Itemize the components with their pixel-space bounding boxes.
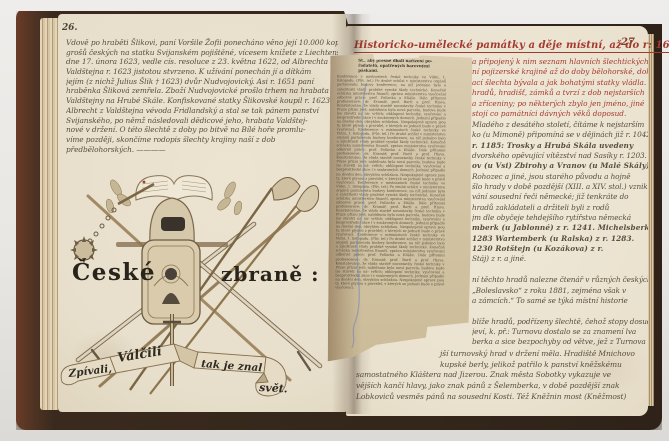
weapons-trophy-drawing: Zpívali, Válčili tak je znal svět. České… (58, 154, 346, 410)
text-line: hradů zakládateli a držiteli byli z rodů (472, 203, 648, 213)
manuscript-paragraph-right: Mladého z desátého století, čítáme k nej… (472, 120, 648, 348)
text-line: grošů českých na statku Svijanském pojiš… (66, 48, 338, 58)
text-line: vání sousední řeči německé; již tenkráte… (472, 192, 648, 202)
text-line: jm dle obyčeje tehdejšího rytířstva něme… (472, 213, 648, 223)
text-line: stojí co památníci dávných věků doposud. (472, 109, 648, 119)
text-line: vějších kančí hlavy, jako znak pánů z Še… (356, 381, 648, 392)
caption-zbrane: zbraně : (221, 262, 319, 286)
text-line (472, 306, 648, 316)
text-line: a zámcích.“ To samé se týká místní histo… (472, 296, 648, 306)
text-line: a připojený k nim seznam hlavních šlecht… (472, 57, 648, 67)
red-intro-paragraph: a připojený k nim seznam hlavních šlecht… (472, 57, 648, 119)
text-line: 1230 Rotštejn (u Kozákova) z r. (472, 244, 648, 254)
text-line: jší turnovský hrad v držení měla. Hradiš… (356, 349, 648, 360)
text-line: hraběnka Šliková zemřela. Zboží Nudvojov… (66, 86, 338, 96)
text-line: ko (u Mimoně) připomíná se v dějinách ji… (472, 130, 648, 140)
caption-ceske: České (72, 259, 156, 286)
text-line: r. 1185: Trosky a Hrubá Skála uvedeny (472, 141, 648, 151)
text-line: jeví, k. př.: Turnovu dostalo se za znam… (472, 327, 648, 337)
text-line: kupské berly, jelikož patřilo k panství … (356, 360, 648, 371)
page-number-right: 27 (621, 37, 635, 48)
text-line: 1283 Wartemberk (u Ralska) z r. 1283. (472, 234, 648, 244)
text-line: víme později, skončíme rodopis šlechty k… (66, 135, 338, 145)
manuscript-paragraph-bottom: jší turnovský hrad v držení měla. Hradiš… (356, 349, 648, 402)
text-line: mberk (u Jablonné) z r. 1241. Michelsber… (472, 223, 648, 233)
chapter-title-wrap: Historicko-umělecké památky a děje místn… (354, 33, 648, 53)
text-line: dne 17. února 1623, vedle cís. resoluce … (66, 57, 338, 67)
page-fore-edges-left (40, 18, 58, 410)
text-line: Svijanského, po němž následovali dědicov… (66, 116, 338, 126)
text-line: samostatného Kláštera nad Jizerou. Znak … (356, 370, 648, 381)
banner-word-svet: svět. (259, 381, 288, 395)
text-line: Lobkoviců vesměs pánů na sousední Kosti.… (356, 392, 648, 403)
newspaper-clipping: St., aby přesně dbali nařízení po-řadate… (328, 53, 473, 362)
page-number-left: 26. (62, 23, 77, 33)
text-line: dvorského opěvující vítězství nad Sasíky… (472, 151, 648, 161)
text-line: „Boleslavsko“ z roku 1881, zejména však … (472, 286, 648, 296)
text-line: hradů, hradišť, zámků a tvrzí z dob nejs… (472, 88, 648, 98)
text-line: ací šlechta bývala a jak bohatými statky… (472, 78, 648, 88)
text-line: páskami. (358, 68, 466, 74)
text-line: Stáj) z r. a jiné. (472, 254, 648, 264)
clipping-body-text: Konference v místnostech české techniky … (335, 75, 446, 344)
text-line: nové v držení. O této šlechtě z doby po … (66, 125, 338, 135)
text-line: Rohozec a jiné, jsou starého původu a ho… (472, 172, 648, 182)
manuscript-paragraph-left: Vdově po hraběti Šlikovi, paní Voršile Ž… (66, 38, 338, 154)
text-line: Mladého z desátého století, čítáme k nej… (472, 120, 648, 130)
text-line: předbělohorských. ———— (66, 145, 338, 155)
text-line: a zříceniny; po některých zbylo jen jmén… (472, 99, 648, 109)
text-line: blíže hradů, podřízeny šlechtě, čehož st… (472, 317, 648, 327)
text-line: šlo hrady v době pozdější (XIII. a XIV. … (472, 182, 648, 192)
text-line (472, 265, 648, 275)
clipping-header: St., aby přesně dbali nařízení po-řadate… (358, 59, 466, 74)
text-line: Vdově po hraběti Šlikovi, paní Voršile Ž… (66, 38, 338, 48)
text-line: ní těchto hradů nalezne čtenář v různých… (472, 275, 648, 285)
text-line: ov (u Vsi) Zbirohy a Vranov (u Malé Skál… (472, 161, 648, 171)
page-fore-edges-right (648, 34, 654, 406)
text-line: berka a sice bezpochyby od větve, jež z … (472, 337, 648, 347)
text-line: Albrecht z Valdštejna vévoda Fridlandský… (66, 106, 338, 116)
text-line: jejím (z nichž Julius Šlik † 1623) dvůr … (66, 77, 338, 87)
text-line: Valdštejny na Hrubé Skále. Konfiskované … (66, 96, 338, 106)
text-line: Valdštejna r. 1623 jistotou stvrzeno. K … (66, 67, 338, 77)
book-photograph: 26. Vdově po hraběti Šlikovi, paní Vorši… (0, 0, 669, 441)
text-line: ní pojizerské krajině až do doby bělohor… (472, 67, 648, 77)
